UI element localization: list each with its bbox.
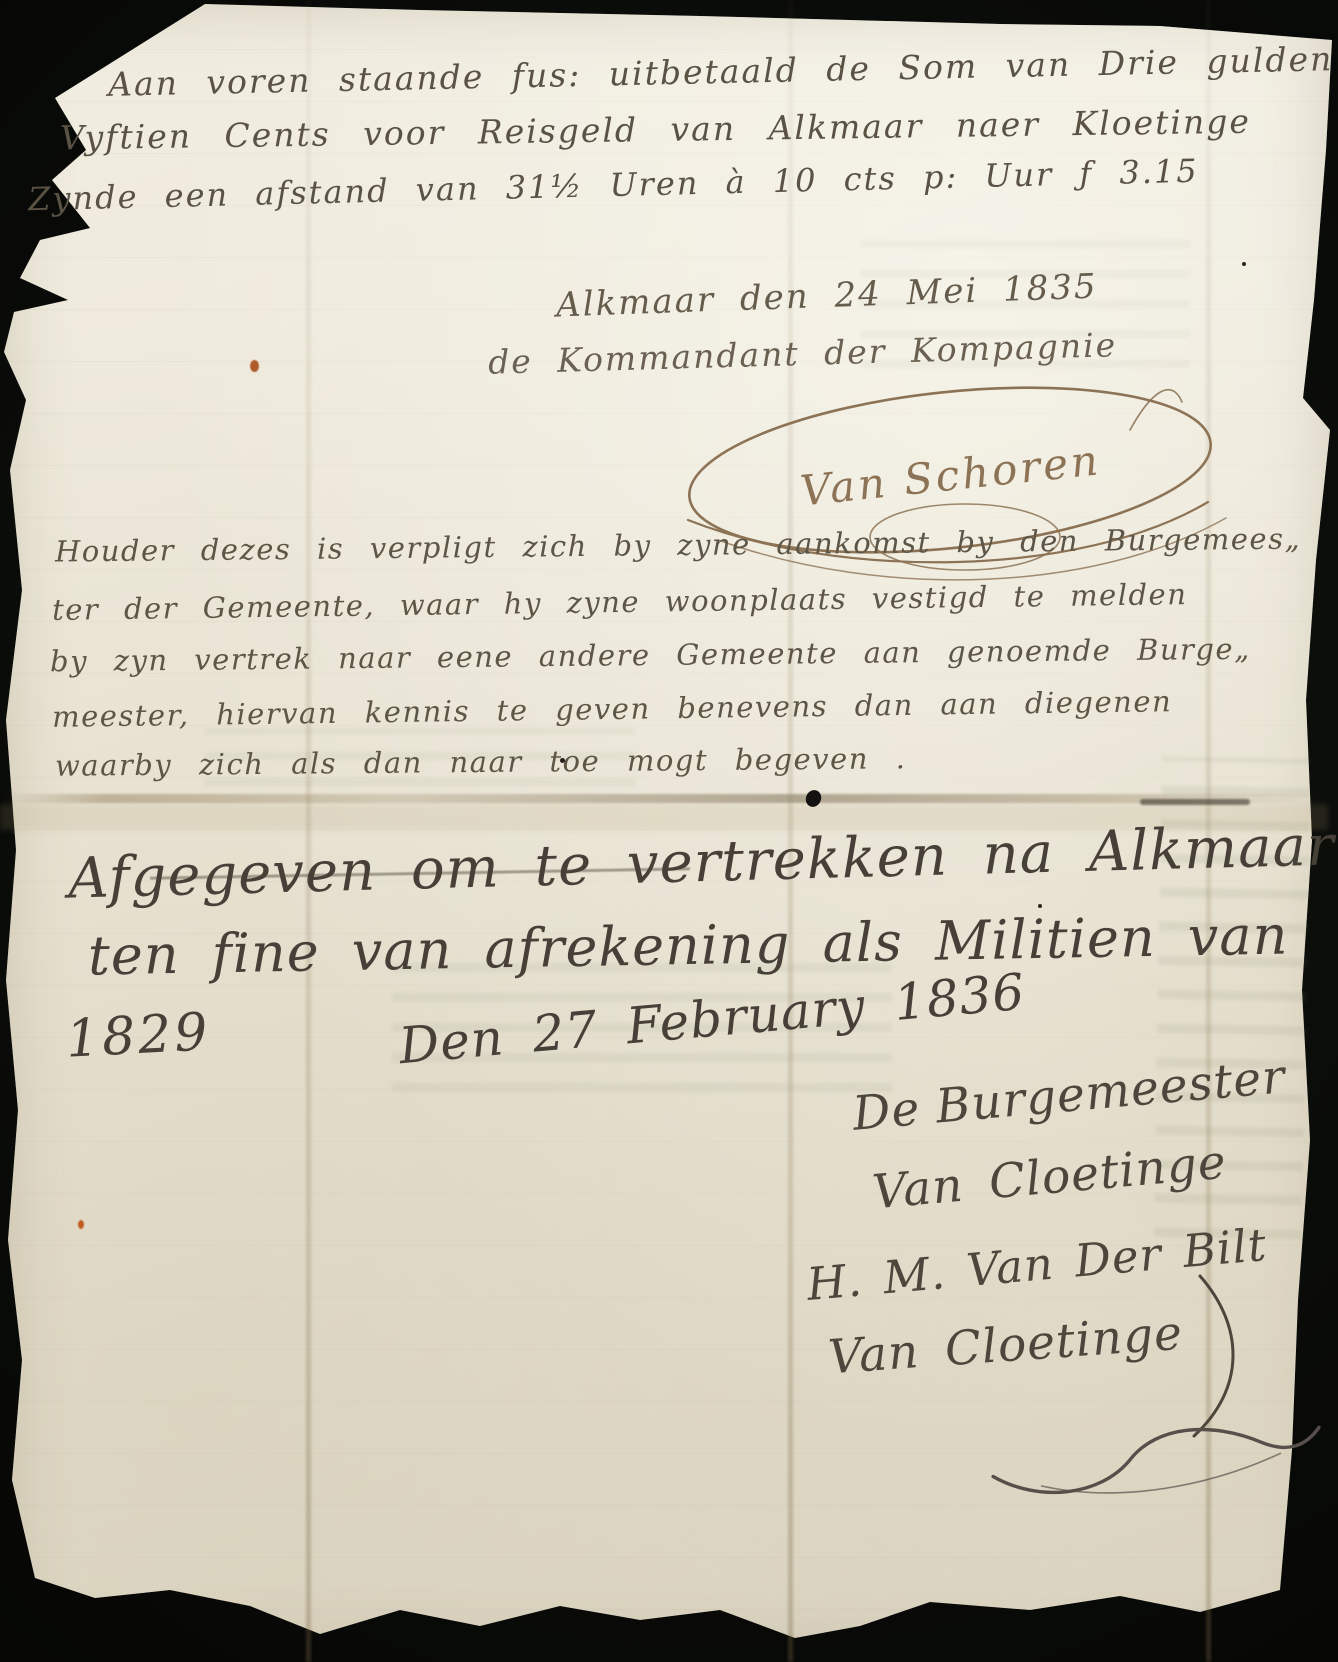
closing-underline-flourish xyxy=(980,1396,1330,1506)
ink-speck-2 xyxy=(1242,262,1246,266)
fold-smudge xyxy=(1140,799,1250,805)
rust-stain-1 xyxy=(250,360,259,372)
vertical-fold-crease-left xyxy=(306,0,311,1662)
rust-stain-2 xyxy=(78,1220,84,1229)
departure-year: 1829 xyxy=(65,1002,212,1069)
horizontal-fold-crease xyxy=(0,794,1330,803)
document-scan: Aan voren staande fus: uitbetaald de Som… xyxy=(0,0,1338,1662)
